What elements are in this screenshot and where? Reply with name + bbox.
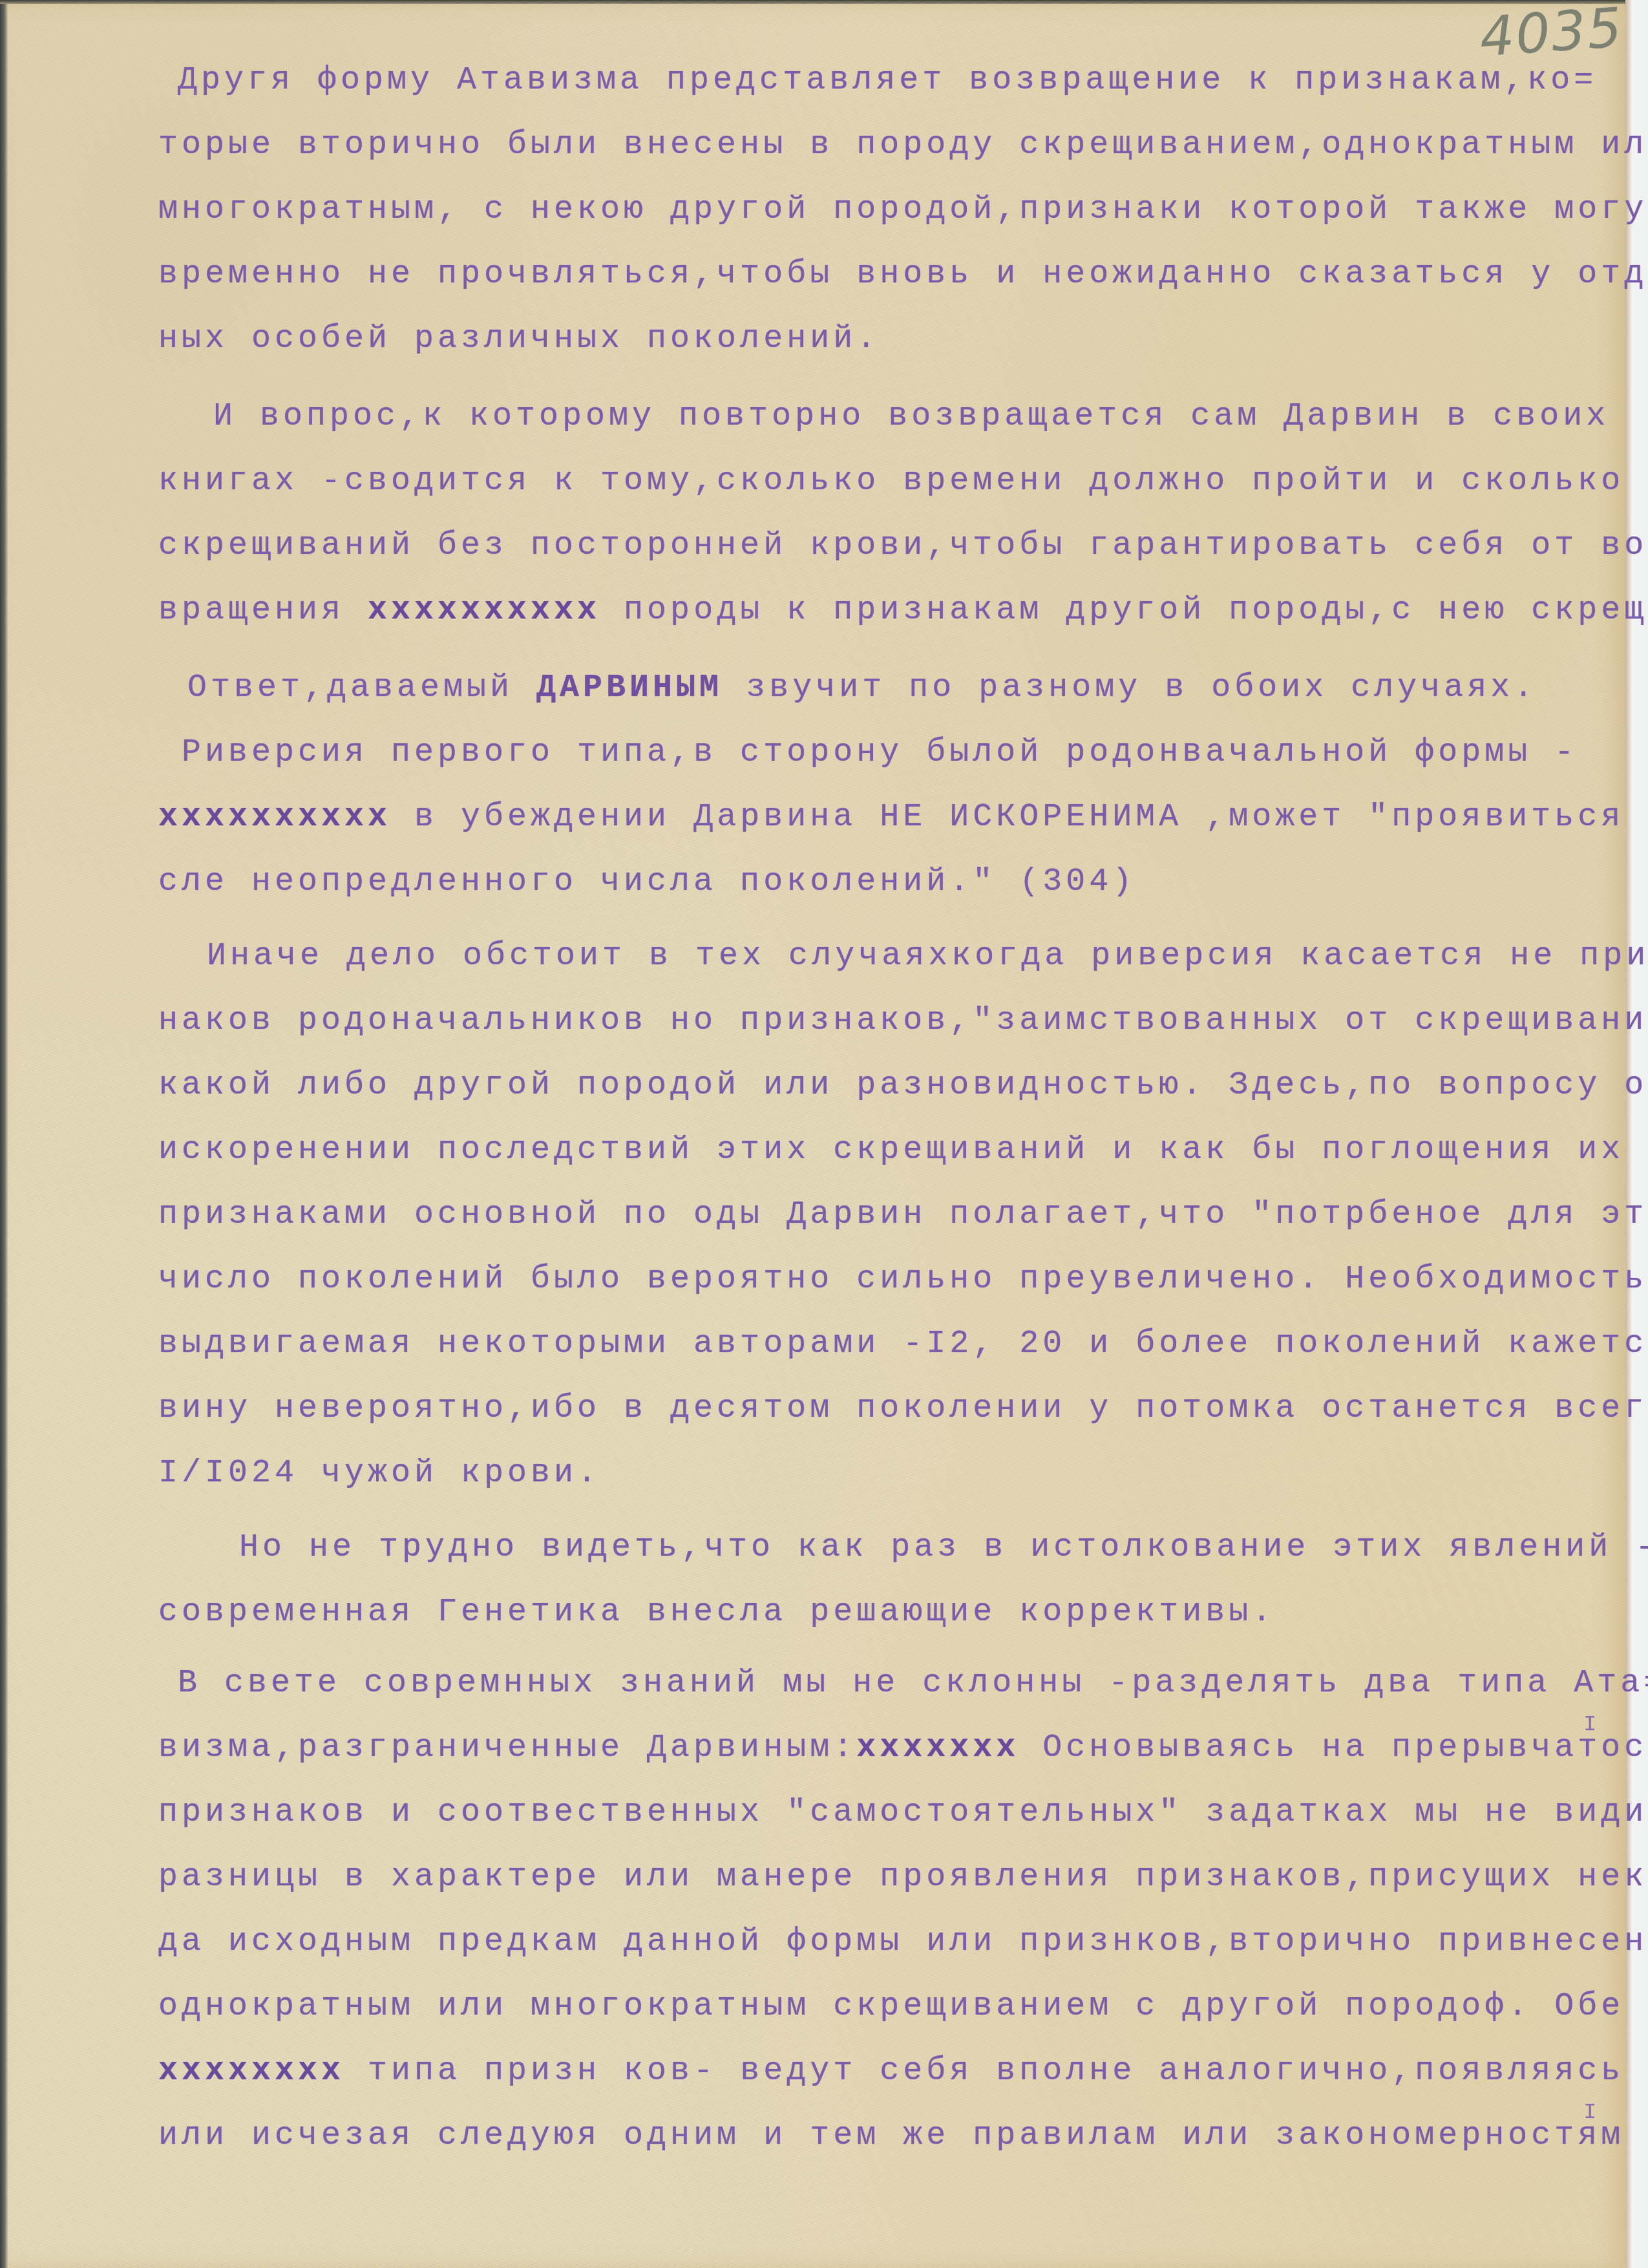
text-line: многократным, с некою другой породой,при… bbox=[158, 194, 1648, 226]
text-line: число поколений было вероятно сильно пре… bbox=[158, 1264, 1648, 1296]
struck-out-word: xxxxxxxxxx bbox=[368, 592, 600, 629]
text-line: торые вторично были внесены в породу скр… bbox=[158, 129, 1648, 162]
struck-out-word: xxxxxxxxxx bbox=[158, 799, 391, 836]
text-line: разницы в характере или манере проявлени… bbox=[158, 1861, 1648, 1894]
text-line: выдвигаемая некоторыми авторами -I2, 20 … bbox=[158, 1328, 1648, 1361]
text-line: да исходным предкам данной формы или при… bbox=[158, 1926, 1648, 1958]
text-line: сле неопредленного числа поколений." (30… bbox=[158, 866, 1136, 898]
struck-out-word: xxxxxxxx bbox=[158, 2053, 344, 2090]
margin-mark: I bbox=[1583, 1713, 1596, 1737]
scan-left-edge bbox=[0, 0, 8, 2268]
text-line: вращения xxxxxxxxxx породы к признакам д… bbox=[158, 595, 1648, 627]
text-line: однократным или многократным скрещивание… bbox=[158, 1991, 1624, 2023]
text-line: или исчезая следуюя одним и тем же прави… bbox=[158, 2120, 1624, 2152]
text-line: Риверсия первого типа,в сторону былой ро… bbox=[158, 737, 1578, 769]
text-line: искоренении последствий этих скрещиваний… bbox=[158, 1134, 1624, 1167]
text-line: наков родоначальников но признаков,"заим… bbox=[158, 1005, 1648, 1037]
text-line: вину невероятно,ибо в десятом поколении … bbox=[158, 1393, 1648, 1425]
text-line: И вопрос,к которому повторно возвращаетс… bbox=[213, 401, 1609, 433]
text-line: Другя форму Атавизма представляет возвра… bbox=[178, 65, 1597, 97]
text-line: Но не трудно видеть,что как раз в истолк… bbox=[239, 1532, 1648, 1564]
emphasized-word: ДАРВИНЫМ bbox=[536, 670, 723, 706]
text-line: Ответ,даваемый ДАРВИНЫМ звучит по разном… bbox=[187, 672, 1537, 705]
text-line: ных особей различных поколений. bbox=[158, 323, 880, 355]
text-line: В свете совремнных знаний мы не склонны … bbox=[178, 1668, 1648, 1700]
text-line: современная Генетика внесла решающие кор… bbox=[158, 1596, 1275, 1629]
margin-mark: I bbox=[1583, 2101, 1596, 2125]
text-line: визма,разграниченные Дарвиным:xxxxxxx Ос… bbox=[158, 1732, 1648, 1765]
text-line: скрещиваний без посторонней крови,чтобы … bbox=[158, 530, 1648, 562]
text-line: книгах -сводится к тому,сколько времени … bbox=[158, 465, 1624, 498]
text-line: xxxxxxxx типа призн ков- ведут себя впол… bbox=[158, 2055, 1624, 2088]
text-line: I/I024 чужой крови. bbox=[158, 1457, 600, 1490]
text-line: временно не прочвляться,чтобы вновь и не… bbox=[158, 259, 1648, 291]
struck-out-word: xxxxxxx bbox=[856, 1730, 1019, 1766]
text-line: признаков и соотвественных "самостоятель… bbox=[158, 1797, 1648, 1829]
text-line: Иначе дело обстоит в тех случаяхкогда ри… bbox=[207, 940, 1648, 973]
text-line: какой либо другой породой или разновидно… bbox=[158, 1070, 1648, 1102]
text-line: признаками основной по оды Дарвин полага… bbox=[158, 1199, 1648, 1231]
scan-top-edge bbox=[0, 0, 1625, 4]
text-line: xxxxxxxxxx в убеждении Дарвина НЕ ИСКОРЕ… bbox=[158, 801, 1648, 834]
